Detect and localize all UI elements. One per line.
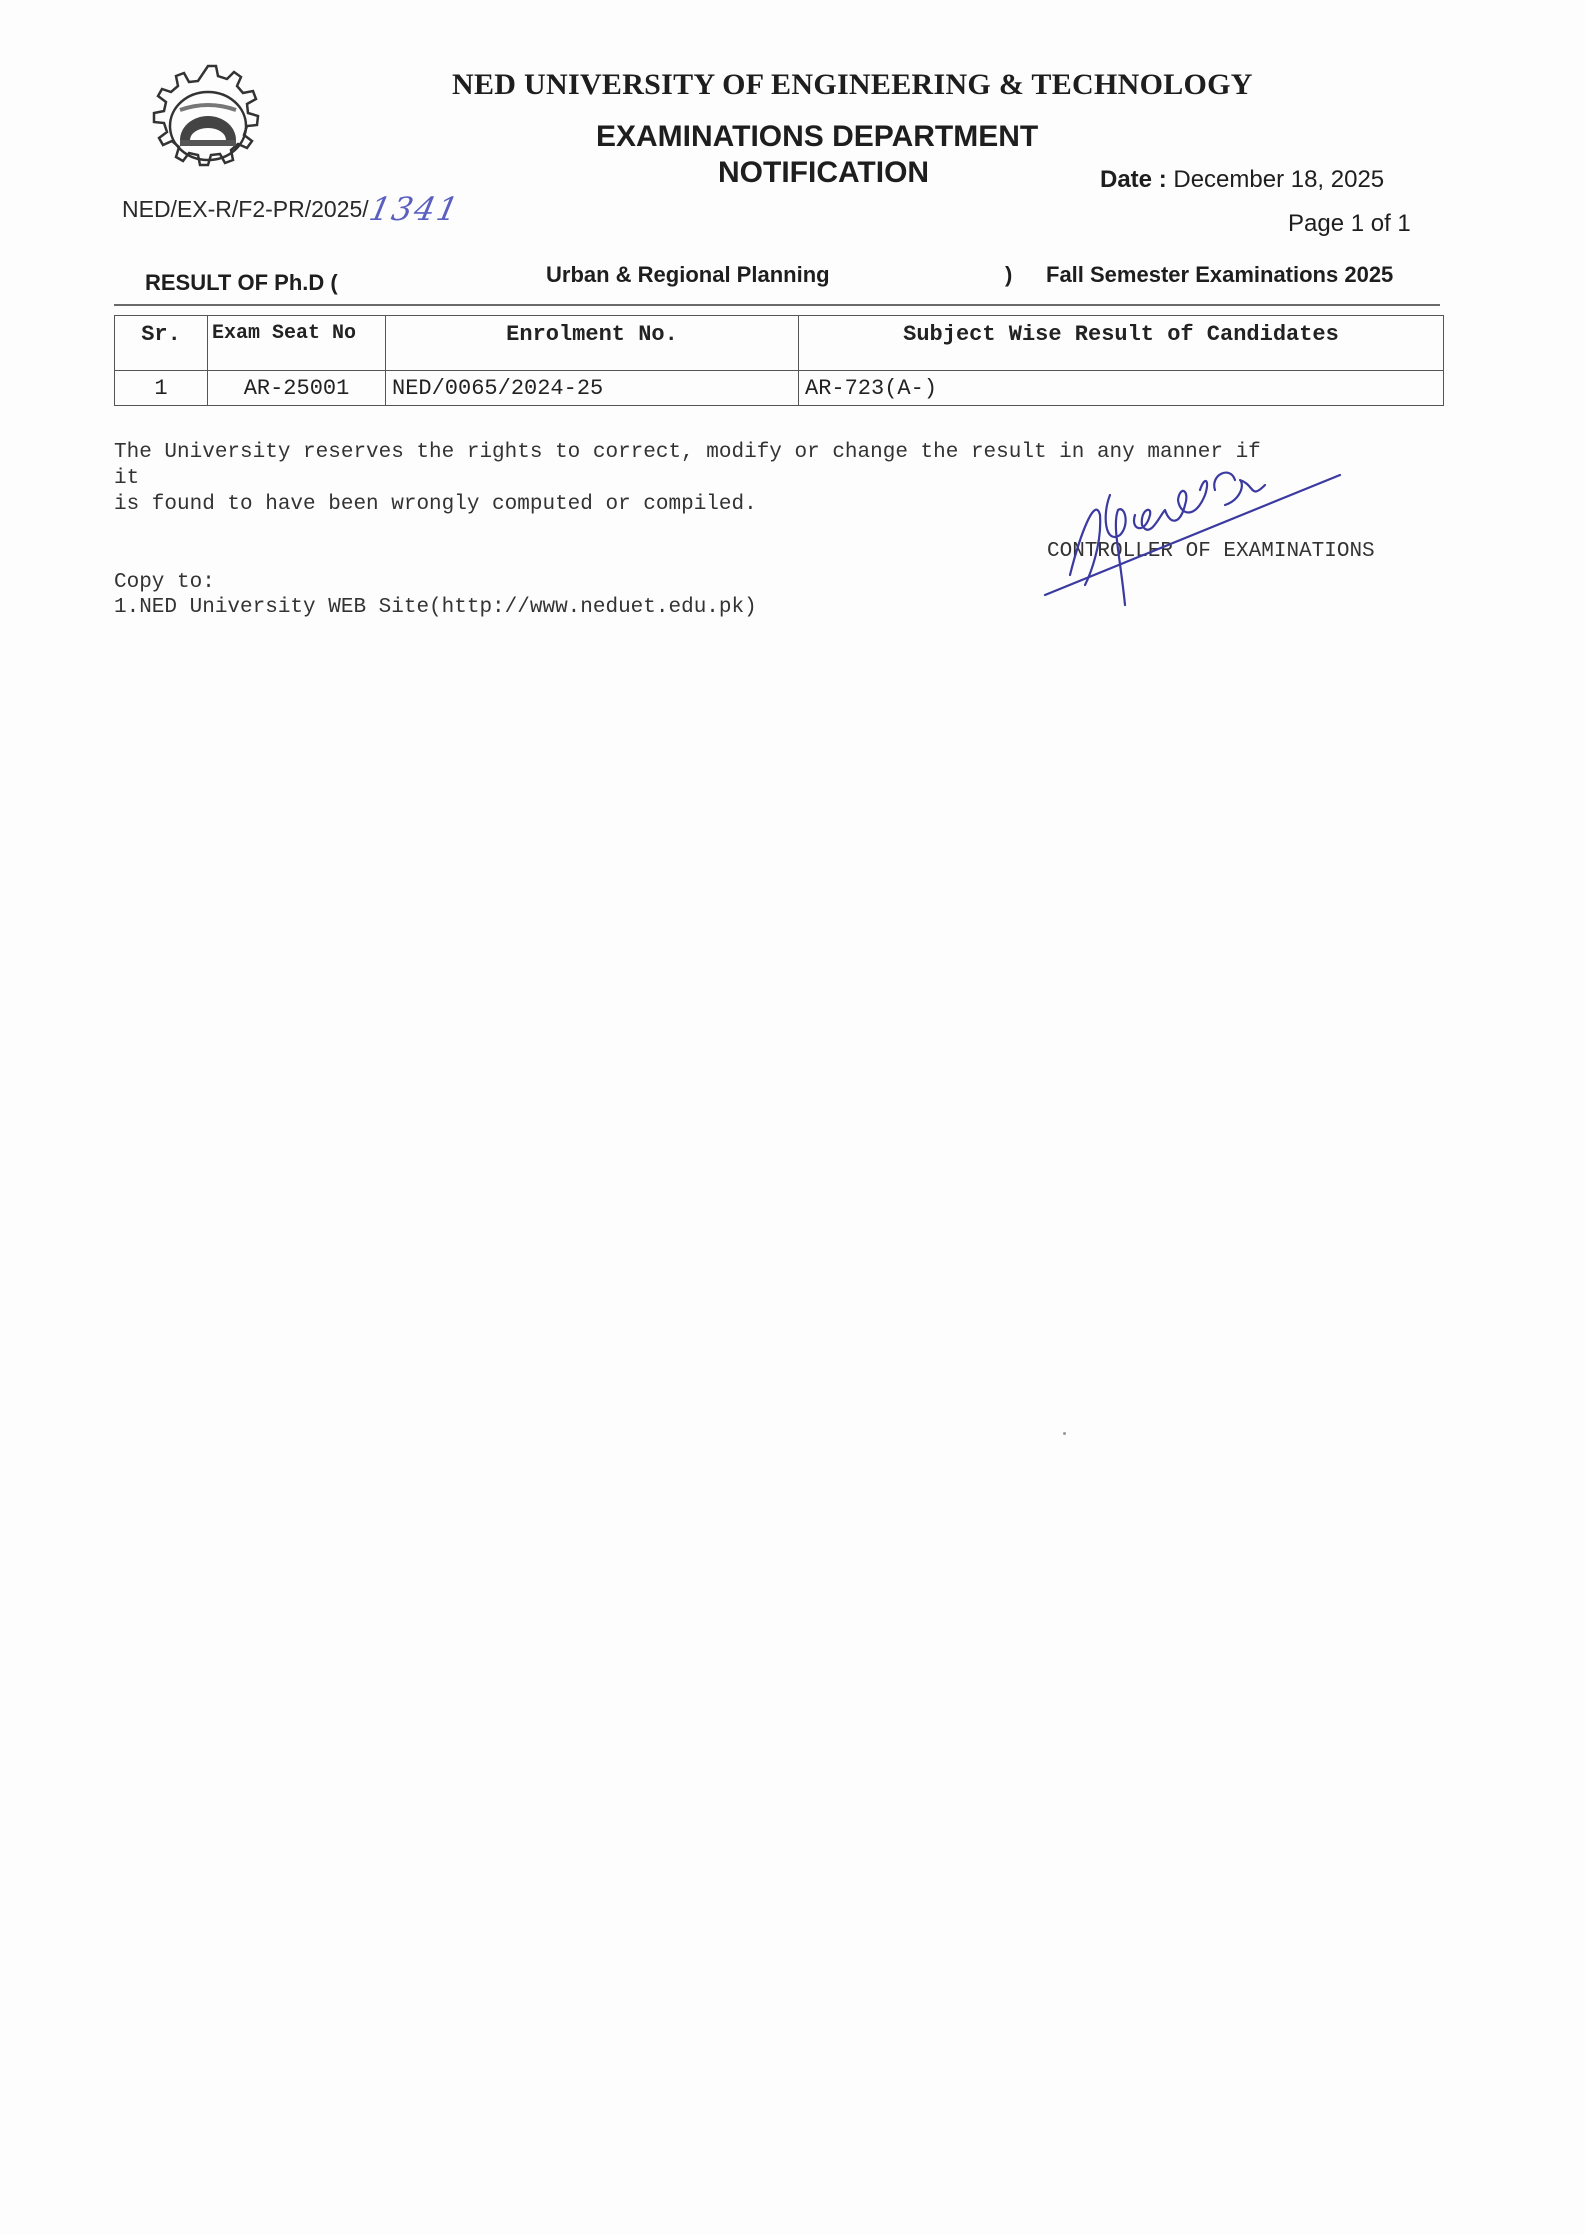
table-header-row: Sr. Exam Seat No Enrolment No. Subject W… bbox=[115, 316, 1444, 371]
copy-to-label: Copy to: bbox=[114, 570, 757, 595]
scan-speck bbox=[1063, 1432, 1066, 1435]
program-name: Urban & Regional Planning bbox=[546, 262, 830, 288]
date-label: Date : bbox=[1100, 166, 1167, 193]
university-title: NED UNIVERSITY OF ENGINEERING & TECHNOLO… bbox=[452, 68, 1253, 102]
header-divider bbox=[114, 304, 1440, 306]
column-header-sr: Sr. bbox=[115, 316, 208, 371]
cell-result: AR-723(A-) bbox=[799, 371, 1444, 406]
table-row: 1 AR-25001 NED/0065/2024-25 AR-723(A-) bbox=[115, 371, 1444, 406]
page-indicator: Page 1 of 1 bbox=[1288, 210, 1411, 238]
column-header-enrolment-no: Enrolment No. bbox=[386, 316, 799, 371]
column-header-result: Subject Wise Result of Candidates bbox=[799, 316, 1444, 371]
university-logo bbox=[128, 62, 288, 190]
copy-to-item: 1.NED University WEB Site(http://www.ned… bbox=[114, 595, 757, 620]
result-heading-close: ) bbox=[1005, 262, 1012, 288]
result-heading: RESULT OF Ph.D ( Urban & Regional Planni… bbox=[0, 262, 1585, 292]
department-title: EXAMINATIONS DEPARTMENT bbox=[596, 120, 1038, 154]
reference-handwritten-number: 1341 bbox=[366, 190, 464, 228]
notification-title: NOTIFICATION bbox=[718, 156, 929, 190]
result-heading-prefix: RESULT OF Ph.D ( bbox=[145, 270, 338, 296]
cell-sr: 1 bbox=[115, 371, 208, 406]
reference-number: NED/EX-R/F2-PR/2025/ bbox=[122, 196, 369, 223]
cell-seat-no: AR-25001 bbox=[208, 371, 386, 406]
signature bbox=[1040, 455, 1360, 625]
column-header-seat-no: Exam Seat No bbox=[208, 316, 386, 371]
copy-to-section: Copy to: 1.NED University WEB Site(http:… bbox=[114, 570, 757, 620]
date-line: Date : December 18, 2025 bbox=[1100, 166, 1384, 194]
date-value: December 18, 2025 bbox=[1173, 166, 1384, 193]
results-table: Sr. Exam Seat No Enrolment No. Subject W… bbox=[114, 315, 1444, 406]
exam-session: Fall Semester Examinations 2025 bbox=[1046, 262, 1393, 288]
cell-enrolment-no: NED/0065/2024-25 bbox=[386, 371, 799, 406]
